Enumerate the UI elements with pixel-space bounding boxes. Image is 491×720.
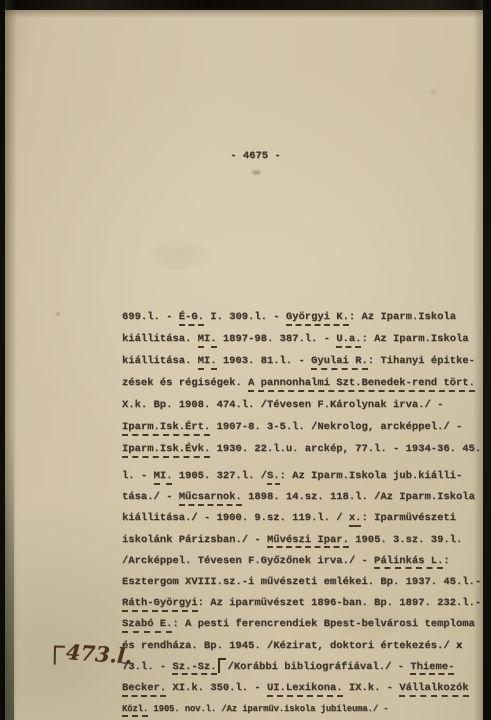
- underlined-segment: Becker.: [122, 682, 166, 697]
- underlined-segment: Szabó E.: [122, 618, 172, 633]
- text-line: Becker. XI.k. 350.l. - UI.Lexikona. IX.k…: [122, 678, 490, 699]
- underlined-segment: Iparm.Isk.Ért.: [122, 421, 210, 436]
- text-segment: : Az iparmüvészet 1896-ban. Bp. 1897. 23…: [198, 597, 482, 609]
- underlined-segment: Sz.-Sz.: [172, 661, 216, 676]
- handwritten-bracket-icon: [54, 646, 65, 665]
- text-segment: : Tihanyi épitke-: [368, 355, 475, 367]
- underlined-segment: U.a.: [336, 333, 361, 348]
- underlined-segment: Gyulai R.: [311, 355, 368, 370]
- underlined-segment: É-G.: [179, 311, 204, 326]
- bibliography-block-1: 699.l. - É-G. I. 309.l. - Györgyi K.: Az…: [122, 306, 490, 460]
- margin-note-text: 473.l.: [65, 639, 133, 669]
- text-segment: kiállitása.: [122, 355, 198, 367]
- handwritten-bracket-mark: [218, 658, 226, 673]
- text-line: /Arcképpel. Tévesen F.Győzőnek irva./ - …: [122, 551, 490, 572]
- text-segment: és rendháza. Bp. 1945. /Kézirat, doktori…: [122, 640, 456, 652]
- text-segment: Esztergom XVIII.sz.-i művészeti emlékei.…: [122, 576, 481, 588]
- text-line: Ráth-Györgyi: Az iparmüvészet 1896-ban. …: [122, 593, 490, 614]
- text-segment: 1930. 22.l.u. arckép, 77.l. - 1934-36. 4…: [210, 443, 481, 455]
- text-line: és rendháza. Bp. 1945. /Kézirat, doktori…: [122, 636, 490, 657]
- text-segment: : Az Iparm.Iskola: [361, 333, 468, 345]
- text-line: zések és régiségek. A pannonhalmi Szt.Be…: [122, 372, 490, 394]
- underlined-segment: Műcsarnok.: [179, 491, 242, 506]
- underlined-segment: Thieme-: [410, 661, 454, 676]
- bibliography-block-2: l. - MI. 1905. 327.l. /S.: Az Iparm.Isko…: [122, 466, 490, 720]
- paper-stain: [430, 90, 436, 94]
- text-segment: 1897-98. 387.l. -: [217, 333, 337, 345]
- text-segment: kiállitása./ - 1900. 9.sz. 119.l. /: [122, 512, 349, 524]
- text-segment: l. -: [122, 470, 154, 482]
- underlined-segment: MI.: [154, 470, 173, 485]
- text-line: kiállitása. MI. 1897-98. 387.l. - U.a.: …: [122, 328, 490, 350]
- underlined-segment: Vállalkozók: [399, 682, 468, 697]
- underlined-segment: S.: [267, 470, 280, 485]
- paper-stain: [252, 170, 261, 175]
- ink-mark: x: [456, 640, 462, 652]
- text-line: 699.l. - É-G. I. 309.l. - Györgyi K.: Az…: [122, 306, 490, 328]
- text-segment: zések és régiségek.: [122, 377, 248, 389]
- text-line: Esztergom XVIII.sz.-i művészeti emlékei.…: [122, 572, 490, 593]
- underlined-segment: x.: [349, 512, 362, 527]
- text-segment: : Az Iparm.Iskola jub.kiálli-: [280, 470, 463, 482]
- text-line: X.k. Bp. 1908. 474.l. /Tévesen F.Károlyn…: [122, 394, 490, 416]
- scan-edge-top: [0, 0, 491, 10]
- text-line: tása./ - Műcsarnok. 1898. 14.sz. 118.l. …: [122, 487, 490, 508]
- text-segment: kiállitása.: [122, 333, 198, 345]
- text-segment: IX.k. -: [343, 682, 400, 694]
- text-line: kiállitása./ - 1900. 9.sz. 119.l. / x.: …: [122, 508, 490, 529]
- text-segment: 1905. nov.l. /Az iparmüv.iskola jubileum…: [148, 704, 388, 714]
- margin-annotation: 473.l.: [53, 638, 133, 669]
- text-segment: 1905. 3.sz. 39.l.: [349, 534, 462, 546]
- text-line: 73.l. - Sz.-Sz./Korábbi bibliográfiával.…: [122, 657, 490, 678]
- paper-stain: [150, 240, 210, 270]
- text-segment: /Arcképpel. Tévesen F.Győzőnek irva./ -: [122, 555, 374, 567]
- text-line: Közl. 1905. nov.l. /Az iparmüv.iskola ju…: [122, 699, 490, 720]
- text-segment: : Az Iparm.Iskola: [349, 311, 456, 323]
- underlined-segment: UI.Lexikona.: [267, 682, 343, 697]
- text-segment: 1903. 81.l. -: [217, 355, 312, 367]
- text-segment: XI.k. 350.l. -: [166, 682, 267, 694]
- text-segment: 1905. 327.l. /: [172, 470, 267, 482]
- text-line: kiállitása. MI. 1903. 81.l. - Gyulai R.:…: [122, 350, 490, 372]
- paper-stain: [56, 312, 60, 316]
- text-segment: /Korábbi bibliográfiával./ -: [228, 661, 411, 673]
- underlined-segment: MI.: [198, 355, 217, 370]
- underlined-segment: Pálinkás L.: [374, 555, 443, 570]
- scan-edge-left-band: [5, 430, 14, 720]
- page-number: - 4675 -: [20, 150, 491, 162]
- underlined-segment: Iparm.Isk.Évk.: [122, 443, 210, 458]
- text-line: Szabó E.: A pesti ferencrendiek Bpest-be…: [122, 614, 490, 635]
- underlined-segment: Györgyi K.: [286, 311, 349, 326]
- text-line: Iparm.Isk.Évk. 1930. 22.l.u. arckép, 77.…: [122, 438, 490, 460]
- underlined-segment: MI.: [198, 333, 217, 348]
- text-segment: :: [443, 555, 449, 567]
- text-line: l. - MI. 1905. 327.l. /S.: Az Iparm.Isko…: [122, 466, 490, 487]
- scanned-page: - 4675 - 699.l. - É-G. I. 309.l. - Györg…: [0, 0, 491, 720]
- underlined-segment: A pannonhalmi Szt.Benedek-rend tört.: [248, 377, 475, 392]
- text-segment: I. 309.l. -: [204, 311, 286, 323]
- text-segment: : Iparmüvészeti: [361, 512, 456, 524]
- text-segment: iskolánk Párizsban./ -: [122, 534, 267, 546]
- text-segment: tása./ -: [122, 491, 179, 503]
- text-segment: X.k. Bp. 1908. 474.l. /Tévesen F.Károlyn…: [122, 399, 443, 411]
- text-segment: 699.l. -: [122, 311, 179, 323]
- text-segment: 1907-8. 3-5.l. /Nekrolog, arcképpel./ -: [210, 421, 462, 433]
- underlined-segment: Ráth-Györgyi: [122, 597, 198, 612]
- text-segment: : A pesti ferencrendiek Bpest-belvárosi …: [172, 618, 474, 630]
- scan-edge-top-shadow: [0, 10, 491, 18]
- underlined-segment: Közl.: [122, 704, 148, 717]
- text-line: Iparm.Isk.Ért. 1907-8. 3-5.l. /Nekrolog,…: [122, 416, 490, 438]
- text-line: iskolánk Párizsban./ - Művészi Ipar. 190…: [122, 530, 490, 551]
- text-segment: 1898. 14.sz. 118.l. /Az Iparm.Iskola: [242, 491, 475, 503]
- underlined-segment: Művészi Ipar.: [267, 534, 349, 549]
